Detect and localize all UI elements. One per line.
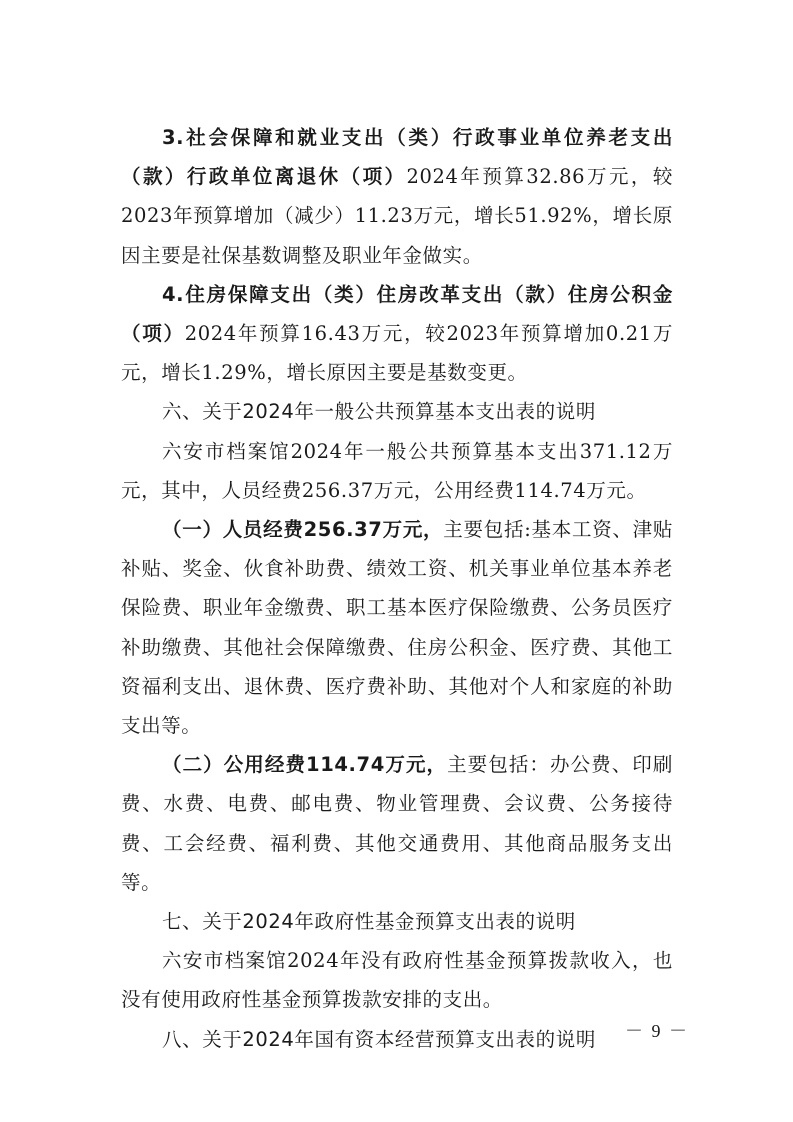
section-heading-7: 七、关于2024年政府性基金预算支出表的说明 (121, 902, 673, 941)
paragraph-section-7-body: 六安市档案馆2024年没有政府性基金预算拨款收入，也没有使用政府性基金预算拨款安… (121, 941, 673, 1019)
page-number: － 9 － (625, 1017, 689, 1043)
section-heading-8: 八、关于2024年国有资本经营预算支出表的说明 (121, 1020, 673, 1059)
paragraph-section-6-body: 六安市档案馆2024年一般公共预算基本支出371.12万元，其中，人员经费256… (121, 432, 673, 510)
paragraph-item-3: 3.社会保障和就业支出（类）行政事业单位养老支出（款）行政单位离退休（项）202… (121, 118, 673, 275)
section-heading-6: 六、关于2024年一般公共预算基本支出表的说明 (121, 392, 673, 431)
paragraph-text: 2024年预算16.43万元，较2023年预算增加0.21万元，增长1.29%，… (121, 322, 673, 384)
bold-lead: （二）公用经费114.74万元， (162, 753, 447, 776)
paragraph-item-4: 4.住房保障支出（类）住房改革支出（款）住房公积金（项）2024年预算16.43… (121, 275, 673, 393)
paragraph-public-expenses: （二）公用经费114.74万元，主要包括：办公费、印刷费、水费、电费、邮电费、物… (121, 745, 673, 902)
paragraph-text: 主要包括:基本工资、津贴补贴、奖金、伙食补助费、绩效工资、机关事业单位基本养老保… (121, 518, 673, 737)
paragraph-personnel-expenses: （一）人员经费256.37万元，主要包括:基本工资、津贴补贴、奖金、伙食补助费、… (121, 510, 673, 745)
document-page: 3.社会保障和就业支出（类）行政事业单位养老支出（款）行政单位离退休（项）202… (121, 118, 673, 1059)
bold-lead: （一）人员经费256.37万元， (162, 518, 443, 541)
